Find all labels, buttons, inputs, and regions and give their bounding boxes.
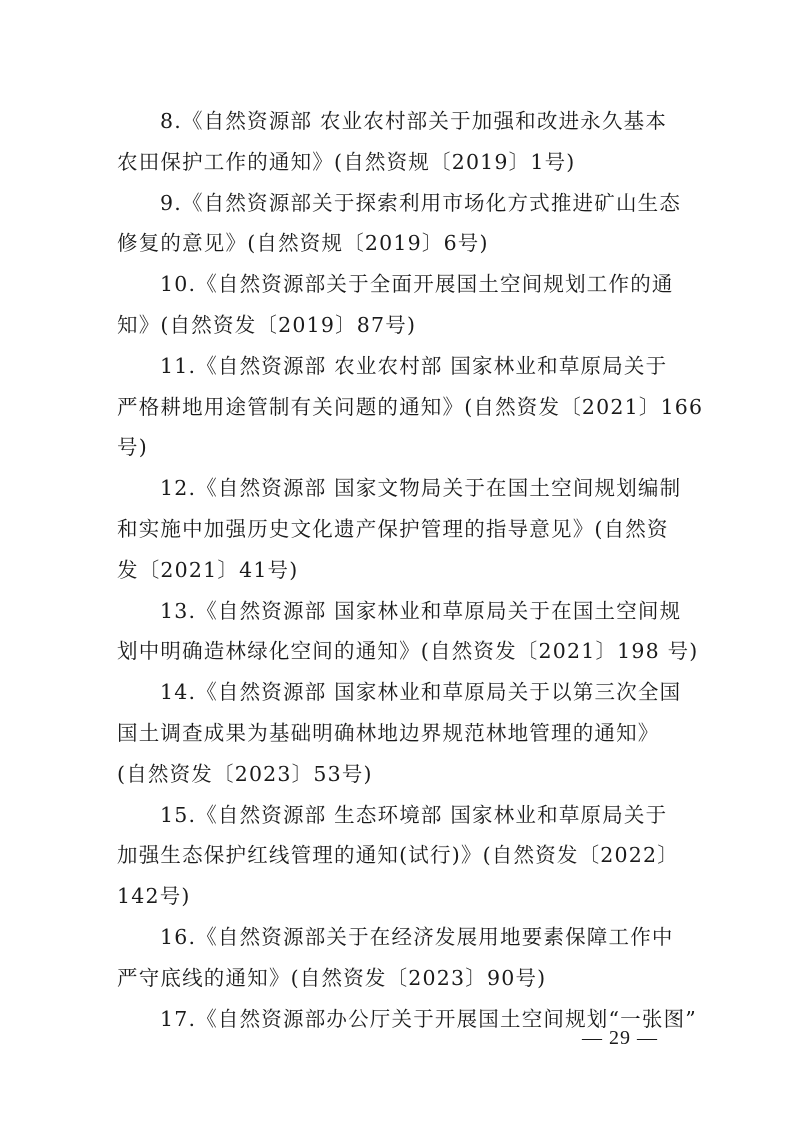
reference-list: 8.《自然资源部 农业农村部关于加强和改进永久基本 农田保护工作的通知》(自然资… [117,101,677,1039]
list-item-line: 16.《自然资源部关于在经济发展用地要素保障工作中 [117,917,677,958]
list-item-line: 严格耕地用途管制有关问题的通知》(自然资发〔2021〕166 [117,387,677,428]
list-item-line: 知》(自然资发〔2019〕87号) [117,305,677,346]
list-item-12: 12.《自然资源部 国家文物局关于在国土空间规划编制 和实施中加强历史文化遗产保… [117,468,677,590]
list-item-line: 9.《自然资源部关于探索利用市场化方式推进矿山生态 [117,183,677,224]
list-item-16: 16.《自然资源部关于在经济发展用地要素保障工作中 严守底线的通知》(自然资发〔… [117,917,677,999]
list-item-line: 农田保护工作的通知》(自然资规〔2019〕1号) [117,142,677,183]
list-item-line: 和实施中加强历史文化遗产保护管理的指导意见》(自然资 [117,509,677,550]
list-item-line: 13.《自然资源部 国家林业和草原局关于在国土空间规 [117,591,677,632]
list-item-line: 加强生态保护红线管理的通知(试行)》(自然资发〔2022〕 [117,835,677,876]
list-item-line: 严守底线的通知》(自然资发〔2023〕90号) [117,958,677,999]
list-item-line: 12.《自然资源部 国家文物局关于在国土空间规划编制 [117,468,677,509]
list-item-15: 15.《自然资源部 生态环境部 国家林业和草原局关于 加强生态保护红线管理的通知… [117,795,677,917]
list-item-line: 号) [117,427,677,468]
page-number: — 29 — [582,1027,658,1050]
list-item-line: 142号) [117,876,677,917]
list-item-line: (自然资发〔2023〕53号) [117,754,677,795]
list-item-line: 发〔2021〕41号) [117,550,677,591]
list-item-line: 11.《自然资源部 农业农村部 国家林业和草原局关于 [117,346,677,387]
list-item-10: 10.《自然资源部关于全面开展国土空间规划工作的通 知》(自然资发〔2019〕8… [117,264,677,346]
list-item-line: 8.《自然资源部 农业农村部关于加强和改进永久基本 [117,101,677,142]
list-item-line: 划中明确造林绿化空间的通知》(自然资发〔2021〕198 号) [117,631,677,672]
list-item-8: 8.《自然资源部 农业农村部关于加强和改进永久基本 农田保护工作的通知》(自然资… [117,101,677,183]
list-item-line: 14.《自然资源部 国家林业和草原局关于以第三次全国 [117,672,677,713]
list-item-line: 修复的意见》(自然资规〔2019〕6号) [117,223,677,264]
list-item-11: 11.《自然资源部 农业农村部 国家林业和草原局关于 严格耕地用途管制有关问题的… [117,346,677,468]
list-item-9: 9.《自然资源部关于探索利用市场化方式推进矿山生态 修复的意见》(自然资规〔20… [117,183,677,265]
list-item-13: 13.《自然资源部 国家林业和草原局关于在国土空间规 划中明确造林绿化空间的通知… [117,591,677,673]
list-item-line: 15.《自然资源部 生态环境部 国家林业和草原局关于 [117,795,677,836]
list-item-line: 国土调查成果为基础明确林地边界规范林地管理的通知》 [117,713,677,754]
document-page: 8.《自然资源部 农业农村部关于加强和改进永久基本 农田保护工作的通知》(自然资… [0,0,794,1122]
list-item-14: 14.《自然资源部 国家林业和草原局关于以第三次全国 国土调查成果为基础明确林地… [117,672,677,794]
list-item-line: 10.《自然资源部关于全面开展国土空间规划工作的通 [117,264,677,305]
